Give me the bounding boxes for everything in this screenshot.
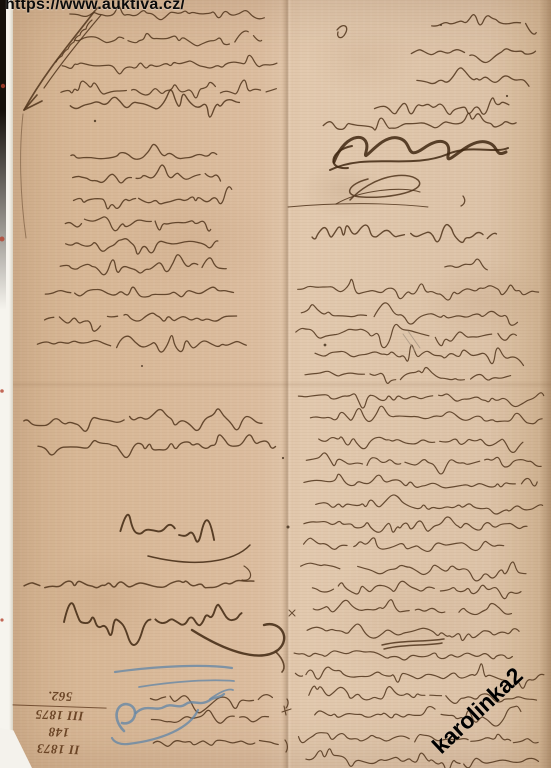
registry-numbers: II 1873 148 III 1875 562.: [11, 686, 107, 759]
handwriting-block-left-place-calligraphy: [120, 515, 214, 542]
handwriting-block-left-top-lines: [61, 6, 277, 98]
flourishes-and-annotations: [21, 8, 508, 752]
paraph-comma: [461, 196, 465, 206]
blue-underline-1: [115, 666, 232, 672]
registry-line-number-148: 148: [11, 722, 106, 742]
blue-underline-2: [139, 680, 234, 687]
ink-specks: [94, 24, 508, 529]
margin-tick-2: [285, 740, 287, 752]
red-edge-specks: [0, 84, 5, 622]
court-swash: [192, 624, 284, 655]
handwriting-block-left-heading-line: [70, 90, 239, 117]
registry-line-year-1875: III 1875: [12, 705, 107, 725]
scanned-document: II 1873 148 III 1875 562. https://www.au…: [0, 0, 551, 768]
handwriting-block-left-lower-block: [37, 287, 246, 352]
court-swash-tail: [276, 652, 284, 672]
blue-name-capital: [117, 704, 135, 731]
handwriting-block-left-bottom-lines: [150, 695, 278, 747]
handwriting-layer: [0, 0, 551, 768]
handwriting-block-right-top-amounts: [411, 15, 536, 87]
place-curl: [242, 566, 251, 580]
auction-site-url-watermark: https://www.auktiva.cz/: [5, 0, 185, 14]
scratch-marks: [403, 331, 420, 351]
handwriting-block-left-court-calligraphy: [64, 603, 242, 645]
handwriting-block-right-address-line: [323, 113, 516, 130]
margin-x: [289, 610, 295, 616]
handwriting-block-left-middle-block: [60, 144, 232, 274]
handwriting-block-left-court-line: [24, 580, 254, 587]
corner-note-arrowhead: [24, 95, 42, 110]
body-strikethrough: [382, 639, 444, 649]
top-mark: [337, 26, 347, 38]
paraph-cross: [350, 175, 420, 200]
blue-name-descender: [112, 710, 198, 744]
handwriting-block-right-reference-line: [375, 98, 509, 114]
place-swash: [148, 545, 250, 562]
corner-note-word: [56, 20, 92, 62]
handwriting-block-right-salutation: [445, 259, 488, 270]
corner-note-tail: [21, 114, 26, 238]
registry-line-year-1873: II 1873: [11, 739, 106, 759]
handwriting-block-left-address-lines: [24, 409, 276, 458]
registry-line-number-562: 562.: [13, 686, 108, 708]
paraph-underline: [288, 204, 428, 207]
corner-note-line-1: [24, 8, 97, 110]
blue-name-letters: [136, 694, 224, 713]
corner-note-line-2: [44, 15, 101, 88]
handwriting-block-right-date-line: [312, 225, 496, 243]
margin-tick-1: [286, 699, 288, 708]
